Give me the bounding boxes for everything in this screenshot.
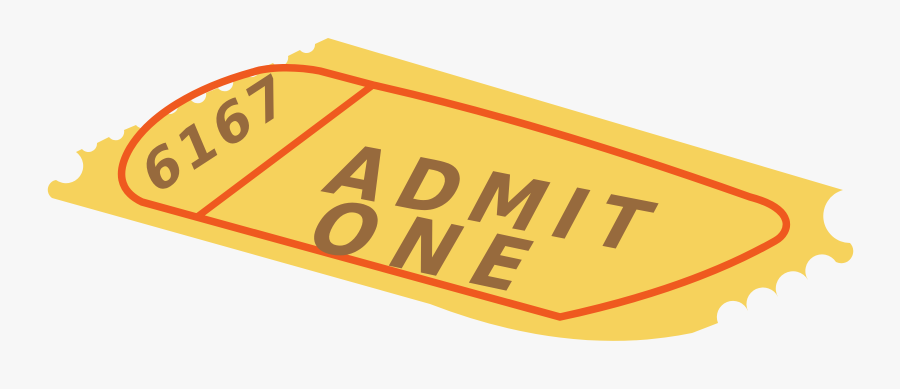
clipart-canvas: 6167 ADMIT ONE	[0, 0, 900, 389]
admit-one-ticket-illustration: 6167 ADMIT ONE	[0, 0, 900, 389]
